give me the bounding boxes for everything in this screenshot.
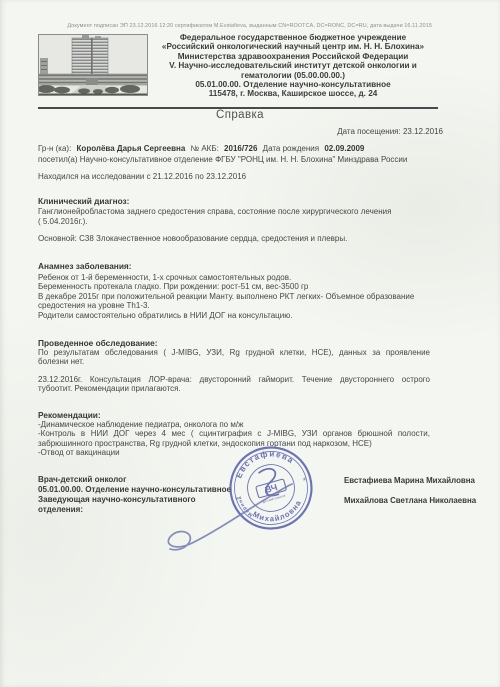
- org-header-line: Министерства здравоохранения Российской …: [126, 52, 460, 61]
- patient-block: Гр-н (ка): Королёва Дарья Сергеевна № АК…: [38, 144, 462, 165]
- org-header: Федеральное государственное бюджетное уч…: [126, 33, 460, 99]
- anamnesis-line: Беременность протекала гладко. При рожде…: [38, 282, 430, 291]
- org-header-line: 115478, г. Москва, Каширское шоссе, д. 2…: [126, 89, 460, 98]
- patient-card-label: № АКБ:: [191, 144, 219, 153]
- examination-line: 23.12.2016г. Консультация ЛОР-врача: дву…: [38, 375, 430, 384]
- patient-prefix: Гр-н (ка):: [38, 144, 71, 153]
- head-of-dept-role: Заведующая научно-консультативного: [38, 495, 288, 505]
- examination-line: тубоотит. Рекомендации прилагаются.: [38, 384, 430, 393]
- patient-birth-label: Дата рождения: [263, 144, 319, 153]
- anamnesis-line: средостения на уровне Th1-3.: [38, 301, 430, 310]
- examination-line: По результатам обследования ( J-MIBG, УЗ…: [38, 348, 430, 357]
- anamnesis-line: Родители самостоятельно обратились в НИИ…: [38, 311, 430, 320]
- recommendations-text: -Динамическое наблюдение педиатра, онкол…: [38, 420, 430, 457]
- examination-line: болезни нет.: [38, 357, 430, 366]
- visited-line: посетил(а) Научно-консультативное отделе…: [38, 155, 462, 166]
- head-of-dept-role-2: отделения:: [38, 505, 288, 515]
- patient-birth-date: 02.09.2009: [324, 144, 364, 153]
- org-header-line: 05.01.00.00. Отделение научно-консультат…: [126, 80, 460, 89]
- doctor-role: Врач-детский онколог: [38, 475, 288, 485]
- section-heading-diagnosis: Клинический диагноз:: [38, 197, 430, 207]
- doctor-department: 05.01.00.00. Отделение научно-консультат…: [38, 485, 288, 495]
- signature-roles-block: Врач-детский онколог 05.01.00.00. Отделе…: [38, 475, 288, 515]
- org-header-line: V. Научно-исследовательский институт дет…: [126, 61, 460, 70]
- e-signature-text: Документ подписан ЭП 23.12.2016 12:20 се…: [68, 23, 433, 28]
- page-title: Справка: [0, 109, 480, 121]
- stay-line: Находился на исследовании с 21.12.2016 п…: [38, 172, 430, 182]
- patient-name: Королёва Дарья Сергеевна: [77, 144, 186, 153]
- recommendation-line: -Динамическое наблюдение педиатра, онкол…: [38, 420, 430, 429]
- head-of-dept-name: Михайлова Светлана Николаевна: [344, 496, 476, 505]
- doctor-name: Евстафиева Марина Михайловна: [344, 476, 475, 485]
- e-signature-line: Документ подписан ЭП 23.12.2016 12:20 се…: [0, 15, 500, 33]
- diagnosis-line: Ганглионейробластома заднего средостения…: [38, 207, 430, 217]
- anamnesis-line: В декабре 2015г при положительной реакци…: [38, 292, 430, 301]
- visit-date: Дата посещения: 23.12.2016: [337, 127, 443, 136]
- org-header-line: Федеральное государственное бюджетное уч…: [126, 33, 460, 42]
- scanned-certificate-page: Документ подписан ЭП 23.12.2016 12:20 се…: [0, 0, 500, 687]
- org-header-line: гематологии (05.00.00.00.): [126, 71, 460, 80]
- recommendation-line: -Контроль в НИИ ДОГ через 4 мес ( сцинти…: [38, 429, 430, 438]
- org-header-line: «Российский онкологический научный центр…: [126, 42, 460, 51]
- diagnosis-line: ( 5.04.2016г.).: [38, 217, 430, 227]
- diagnosis-text: Ганглионейробластома заднего средостения…: [38, 207, 430, 226]
- stamp-star-icon: ✳: [302, 477, 308, 484]
- diagnosis-main-line: Основной: C38 Злокачественное новообразо…: [38, 234, 430, 244]
- recommendation-line: забрюшинного пространства, Rg грудной кл…: [38, 439, 430, 448]
- examination-paragraph-2: 23.12.2016г. Консультация ЛОР-врача: дву…: [38, 375, 430, 394]
- examination-paragraph-1: По результатам обследования ( J-MIBG, УЗ…: [38, 348, 430, 367]
- anamnesis-line: Ребенок от 1-й беременности, 1-х срочных…: [38, 273, 430, 282]
- patient-line: Гр-н (ка): Королёва Дарья Сергеевна № АК…: [38, 144, 462, 155]
- patient-card-number: 2016/726: [224, 144, 257, 153]
- anamnesis-text: Ребенок от 1-й беременности, 1-х срочных…: [38, 273, 430, 320]
- recommendation-line: -Отвод от вакцинации: [38, 448, 430, 457]
- section-heading-anamnesis: Анамнез заболевания:: [38, 262, 430, 272]
